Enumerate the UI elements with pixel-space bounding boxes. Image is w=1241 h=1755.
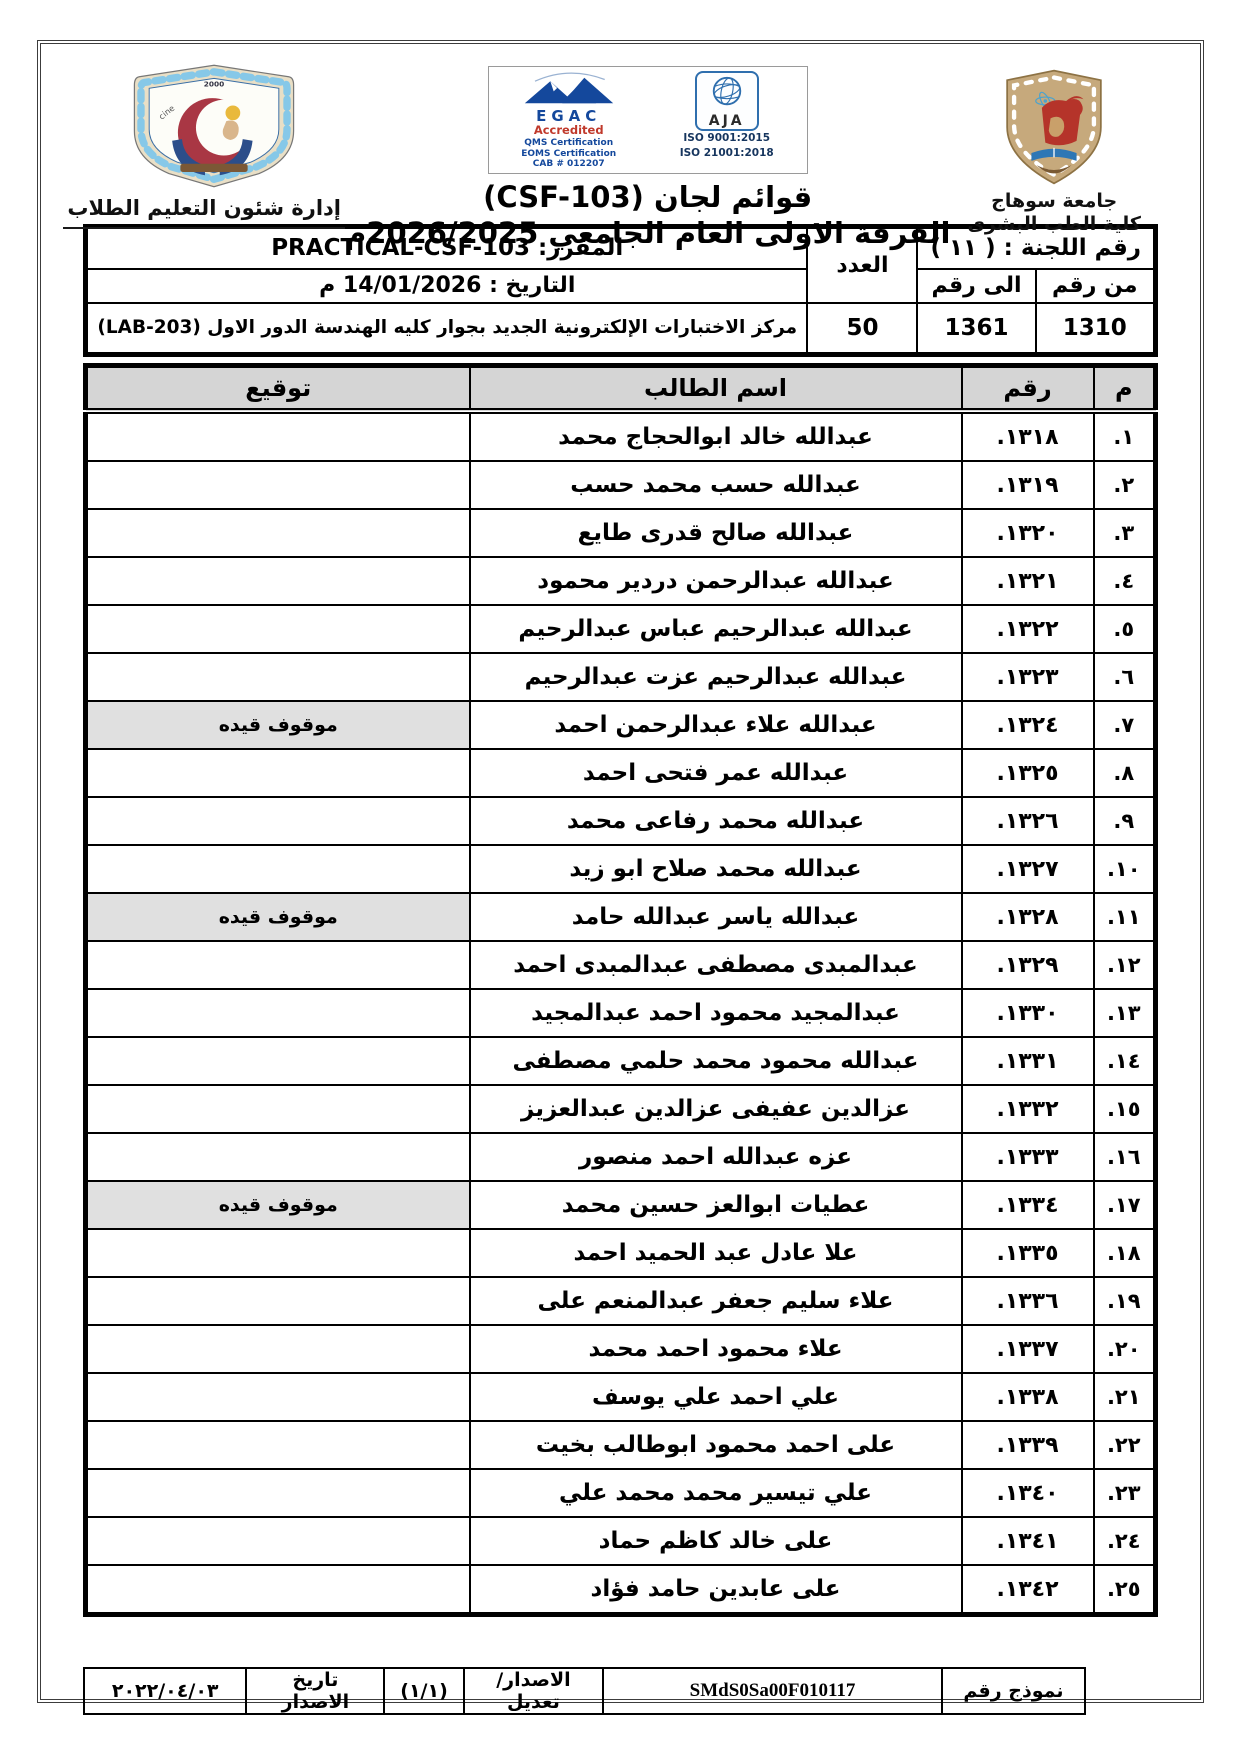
table-row: ١٦. ١٣٣٣. عزه عبدالله احمد منصور — [86, 1133, 1156, 1181]
students-table: م رقم اسم الطالب توقيع ١. ١٣١٨. عبدالله … — [83, 363, 1158, 1617]
row-seat-number: ١٣٣٥. — [962, 1229, 1094, 1277]
row-student-name: عبدالله علاء عبدالرحمن احمد — [470, 701, 962, 749]
row-student-name: عبدالله صالح قدرى طايع — [470, 509, 962, 557]
to-number-value-cell: 1361 — [917, 303, 1035, 355]
row-signature-cell — [86, 1517, 470, 1565]
row-signature-cell — [86, 1325, 470, 1373]
issue-date-label-cell: تاريخ الاصدار — [246, 1668, 384, 1714]
row-student-name: عبدالله محمد رفاعى محمد — [470, 797, 962, 845]
row-student-name: عبدالله حسب محمد حسب — [470, 461, 962, 509]
aja-box: AJA — [695, 71, 759, 131]
row-seat-number: ١٣٣٩. — [962, 1421, 1094, 1469]
page-border-frame: جامعة سوهاج كلية الطب البشرى EGAC Accred — [37, 40, 1204, 1703]
row-signature-cell: موقوف قيده — [86, 701, 470, 749]
form-code-cell: SMdS0Sa00F010117 — [603, 1668, 942, 1714]
table-row: ٢٣. ١٣٤٠. علي تيسير محمد محمد علي — [86, 1469, 1156, 1517]
row-signature-cell: موقوف قيده — [86, 1181, 470, 1229]
header-seat-number: رقم — [962, 366, 1094, 412]
row-signature-cell — [86, 1229, 470, 1277]
row-index: ٢٢. — [1094, 1421, 1156, 1469]
department-title: إدارة شئون التعليم الطلاب — [63, 196, 345, 229]
students-table-header: م رقم اسم الطالب توقيع — [86, 366, 1156, 412]
from-number-label-cell: من رقم — [1036, 269, 1156, 303]
header-signature: توقيع — [86, 366, 470, 412]
sun-icon — [225, 105, 240, 120]
table-row: ٧. ١٣٢٤. عبدالله علاء عبدالرحمن احمد موق… — [86, 701, 1156, 749]
table-row: ٦. ١٣٢٣. عبدالله عبدالرحيم عزت عبدالرحيم — [86, 653, 1156, 701]
table-row: ١١. ١٣٢٨. عبدالله ياسر عبدالله حامد موقو… — [86, 893, 1156, 941]
row-seat-number: ١٣٢٣. — [962, 653, 1094, 701]
row-student-name: عبدالله عمر فتحى احمد — [470, 749, 962, 797]
row-seat-number: ١٣٣٧. — [962, 1325, 1094, 1373]
table-row: ١٧. ١٣٣٤. عطيات ابوالعز حسين محمد موقوف … — [86, 1181, 1156, 1229]
row-signature-cell — [86, 1421, 470, 1469]
row-index: ١١. — [1094, 893, 1156, 941]
issue-label-cell: الاصدار/تعديل — [464, 1668, 604, 1714]
row-index: ١٣. — [1094, 989, 1156, 1037]
row-student-name: عبدالله عبدالرحيم عباس عبدالرحيم — [470, 605, 962, 653]
row-seat-number: ١٣٢٦. — [962, 797, 1094, 845]
row-student-name: على عابدين حامد فؤاد — [470, 1565, 962, 1615]
row-index: ٢٥. — [1094, 1565, 1156, 1615]
row-seat-number: ١٣٣٤. — [962, 1181, 1094, 1229]
row-student-name: عبدالله خالد ابوالحجاج محمد — [470, 411, 962, 461]
row-index: ١٧. — [1094, 1181, 1156, 1229]
header-center-block: EGAC Accredited QMS Certification EOMS C… — [345, 62, 950, 250]
row-seat-number: ١٣٣٨. — [962, 1373, 1094, 1421]
row-index: ٢٠. — [1094, 1325, 1156, 1373]
table-row: ٢١. ١٣٣٨. علي احمد علي يوسف — [86, 1373, 1156, 1421]
table-row: ١٩. ١٣٣٦. علاء سليم جعفر عبدالمنعم على — [86, 1277, 1156, 1325]
row-student-name: عزالدين عفيفى عزالدين عبدالعزيز — [470, 1085, 962, 1133]
egac-cert-line-1: QMS Certification — [503, 138, 635, 149]
row-student-name: عبدالمبدى مصطفى عبدالمبدى احمد — [470, 941, 962, 989]
row-index: ٢. — [1094, 461, 1156, 509]
table-row: ٢٤. ١٣٤١. على خالد كاظم حماد — [86, 1517, 1156, 1565]
row-student-name: عزه عبدالله احمد منصور — [470, 1133, 962, 1181]
egac-mountains-icon — [514, 71, 624, 105]
header-index: م — [1094, 366, 1156, 412]
to-number-label-cell: الى رقم — [917, 269, 1035, 303]
row-signature-cell — [86, 461, 470, 509]
row-index: ٤. — [1094, 557, 1156, 605]
iso-line-1: ISO 9001:2015 — [661, 132, 793, 145]
row-index: ١٩. — [1094, 1277, 1156, 1325]
row-index: ١٥. — [1094, 1085, 1156, 1133]
iso-line-2: ISO 21001:2018 — [661, 147, 793, 160]
row-seat-number: ١٣٣٦. — [962, 1277, 1094, 1325]
aja-badge: AJA ISO 9001:2015 ISO 21001:2018 — [661, 71, 793, 160]
row-index: ٥. — [1094, 605, 1156, 653]
info-table: رقم اللجنة : ( ١١ ) العدد المقرر: PRACTI… — [83, 224, 1158, 357]
row-seat-number: ١٣٢٨. — [962, 893, 1094, 941]
egac-wordmark: EGAC — [503, 109, 635, 124]
table-row: ٣. ١٣٢٠. عبدالله صالح قدرى طايع — [86, 509, 1156, 557]
row-seat-number: ١٣٣٢. — [962, 1085, 1094, 1133]
row-index: ١٢. — [1094, 941, 1156, 989]
date-cell: التاريخ : 14/01/2026 م — [86, 269, 808, 303]
sohag-university-logo — [997, 68, 1111, 186]
egac-cert-line-3: CAB # 012207 — [503, 159, 635, 170]
from-number-value-cell: 1310 — [1036, 303, 1156, 355]
faculty-name: كلية الطب البشرى — [950, 213, 1158, 236]
table-row: ٢٢. ١٣٣٩. على احمد محمود ابوطالب بخيت — [86, 1421, 1156, 1469]
row-index: ١٠. — [1094, 845, 1156, 893]
row-seat-number: ١٣٤٠. — [962, 1469, 1094, 1517]
table-row: ٥. ١٣٢٢. عبدالله عبدالرحيم عباس عبدالرحي… — [86, 605, 1156, 653]
row-index: ٣. — [1094, 509, 1156, 557]
row-student-name: على احمد محمود ابوطالب بخيت — [470, 1421, 962, 1469]
row-signature-cell — [86, 411, 470, 461]
accreditation-badges: EGAC Accredited QMS Certification EOMS C… — [488, 66, 808, 174]
count-value-cell: 50 — [807, 303, 917, 355]
ribbon-icon — [180, 164, 247, 172]
row-seat-number: ١٣٣٣. — [962, 1133, 1094, 1181]
row-seat-number: ١٣٤١. — [962, 1517, 1094, 1565]
row-student-name: عبدالله ياسر عبدالله حامد — [470, 893, 962, 941]
row-student-name: عطيات ابوالعز حسين محمد — [470, 1181, 962, 1229]
row-student-name: علاء سليم جعفر عبدالمنعم على — [470, 1277, 962, 1325]
row-seat-number: ١٣٣١. — [962, 1037, 1094, 1085]
row-seat-number: ١٣١٩. — [962, 461, 1094, 509]
table-row: ١. ١٣١٨. عبدالله خالد ابوالحجاج محمد — [86, 411, 1156, 461]
table-row: ٨. ١٣٢٥. عبدالله عمر فتحى احمد — [86, 749, 1156, 797]
table-row: ١٠. ١٣٢٧. عبدالله محمد صلاح ابو زيد — [86, 845, 1156, 893]
faculty-of-medicine-logo: Faculty of Medicine 2000 — [116, 62, 312, 190]
row-student-name: علا عادل عبد الحميد احمد — [470, 1229, 962, 1277]
row-index: ٢٤. — [1094, 1517, 1156, 1565]
row-signature-cell — [86, 845, 470, 893]
row-index: ١٨. — [1094, 1229, 1156, 1277]
row-signature-cell — [86, 797, 470, 845]
footer-form-table: نموذج رقم SMdS0Sa00F010117 الاصدار/تعديل… — [83, 1667, 1086, 1715]
row-seat-number: ١٣٤٢. — [962, 1565, 1094, 1615]
header-right-block: جامعة سوهاج كلية الطب البشرى — [950, 62, 1158, 236]
row-seat-number: ١٣١٨. — [962, 411, 1094, 461]
row-signature-cell — [86, 1565, 470, 1615]
row-signature-cell — [86, 509, 470, 557]
row-student-name: عبدالمجيد محمود احمد عبدالمجيد — [470, 989, 962, 1037]
exam-location-cell: مركز الاختبارات الإلكترونية الجديد بجوار… — [86, 303, 808, 355]
row-student-name: علاء محمود احمد محمد — [470, 1325, 962, 1373]
egac-accredited-label: Accredited — [503, 124, 635, 138]
row-signature-cell — [86, 1469, 470, 1517]
row-index: ٢٣. — [1094, 1469, 1156, 1517]
row-index: ١٦. — [1094, 1133, 1156, 1181]
row-signature-cell — [86, 1085, 470, 1133]
document-title: قوائم لجان (CSF-103) — [345, 180, 950, 214]
issue-value-cell: (١/١) — [384, 1668, 463, 1714]
row-index: ٢١. — [1094, 1373, 1156, 1421]
table-row: ١٢. ١٣٢٩. عبدالمبدى مصطفى عبدالمبدى احمد — [86, 941, 1156, 989]
row-seat-number: ١٣٢٠. — [962, 509, 1094, 557]
row-student-name: عبدالله عبدالرحمن دردير محمود — [470, 557, 962, 605]
students-tbody: ١. ١٣١٨. عبدالله خالد ابوالحجاج محمد ٢. … — [86, 411, 1156, 1615]
table-row: ٢. ١٣١٩. عبدالله حسب محمد حسب — [86, 461, 1156, 509]
table-row: ١٨. ١٣٣٥. علا عادل عبد الحميد احمد — [86, 1229, 1156, 1277]
row-index: ١. — [1094, 411, 1156, 461]
table-row: ٩. ١٣٢٦. عبدالله محمد رفاعى محمد — [86, 797, 1156, 845]
row-student-name: على خالد كاظم حماد — [470, 1517, 962, 1565]
aja-globe-icon — [707, 74, 747, 110]
row-seat-number: ١٣٢٢. — [962, 605, 1094, 653]
egac-cert-line-2: EOMS Certification — [503, 149, 635, 160]
row-index: ٩. — [1094, 797, 1156, 845]
header-left-block: Faculty of Medicine 2000 — [83, 62, 345, 229]
row-seat-number: ١٣٢٥. — [962, 749, 1094, 797]
row-seat-number: ١٣٢١. — [962, 557, 1094, 605]
row-index: ١٤. — [1094, 1037, 1156, 1085]
row-student-name: علي احمد علي يوسف — [470, 1373, 962, 1421]
egac-badge: EGAC Accredited QMS Certification EOMS C… — [503, 71, 635, 170]
table-row: ٤. ١٣٢١. عبدالله عبدالرحمن دردير محمود — [86, 557, 1156, 605]
row-signature-cell — [86, 749, 470, 797]
faculty-year-top: 2000 — [204, 80, 225, 89]
header-student-name: اسم الطالب — [470, 366, 962, 412]
table-row: ١٣. ١٣٣٠. عبدالمجيد محمود احمد عبدالمجيد — [86, 989, 1156, 1037]
row-student-name: عبدالله محمود محمد حلمي مصطفى — [470, 1037, 962, 1085]
document-page: جامعة سوهاج كلية الطب البشرى EGAC Accred — [0, 0, 1241, 1755]
row-signature-cell — [86, 653, 470, 701]
table-row: ١٤. ١٣٣١. عبدالله محمود محمد حلمي مصطفى — [86, 1037, 1156, 1085]
issue-date-value-cell: ٢٠٢٢/٠٤/٠٣ — [84, 1668, 246, 1714]
row-seat-number: ١٣٢٩. — [962, 941, 1094, 989]
row-signature-cell — [86, 557, 470, 605]
row-signature-cell — [86, 1373, 470, 1421]
form-number-label-cell: نموذج رقم — [942, 1668, 1085, 1714]
document-header: جامعة سوهاج كلية الطب البشرى EGAC Accred — [83, 62, 1158, 224]
row-student-name: عبدالله عبدالرحيم عزت عبدالرحيم — [470, 653, 962, 701]
table-row: ٢٠. ١٣٣٧. علاء محمود احمد محمد — [86, 1325, 1156, 1373]
row-student-name: عبدالله محمد صلاح ابو زيد — [470, 845, 962, 893]
row-seat-number: ١٣٢٧. — [962, 845, 1094, 893]
row-signature-cell — [86, 1037, 470, 1085]
row-index: ٦. — [1094, 653, 1156, 701]
row-signature-cell — [86, 605, 470, 653]
row-student-name: علي تيسير محمد محمد علي — [470, 1469, 962, 1517]
row-signature-cell — [86, 1133, 470, 1181]
table-row: ١٥. ١٣٣٢. عزالدين عفيفى عزالدين عبدالعزي… — [86, 1085, 1156, 1133]
aja-wordmark: AJA — [707, 114, 747, 129]
row-signature-cell — [86, 941, 470, 989]
row-signature-cell — [86, 989, 470, 1037]
row-signature-cell: موقوف قيده — [86, 893, 470, 941]
university-name: جامعة سوهاج — [950, 190, 1158, 213]
row-seat-number: ١٣٣٠. — [962, 989, 1094, 1037]
row-index: ٨. — [1094, 749, 1156, 797]
row-index: ٧. — [1094, 701, 1156, 749]
row-seat-number: ١٣٢٤. — [962, 701, 1094, 749]
row-signature-cell — [86, 1277, 470, 1325]
table-row: ٢٥. ١٣٤٢. على عابدين حامد فؤاد — [86, 1565, 1156, 1615]
